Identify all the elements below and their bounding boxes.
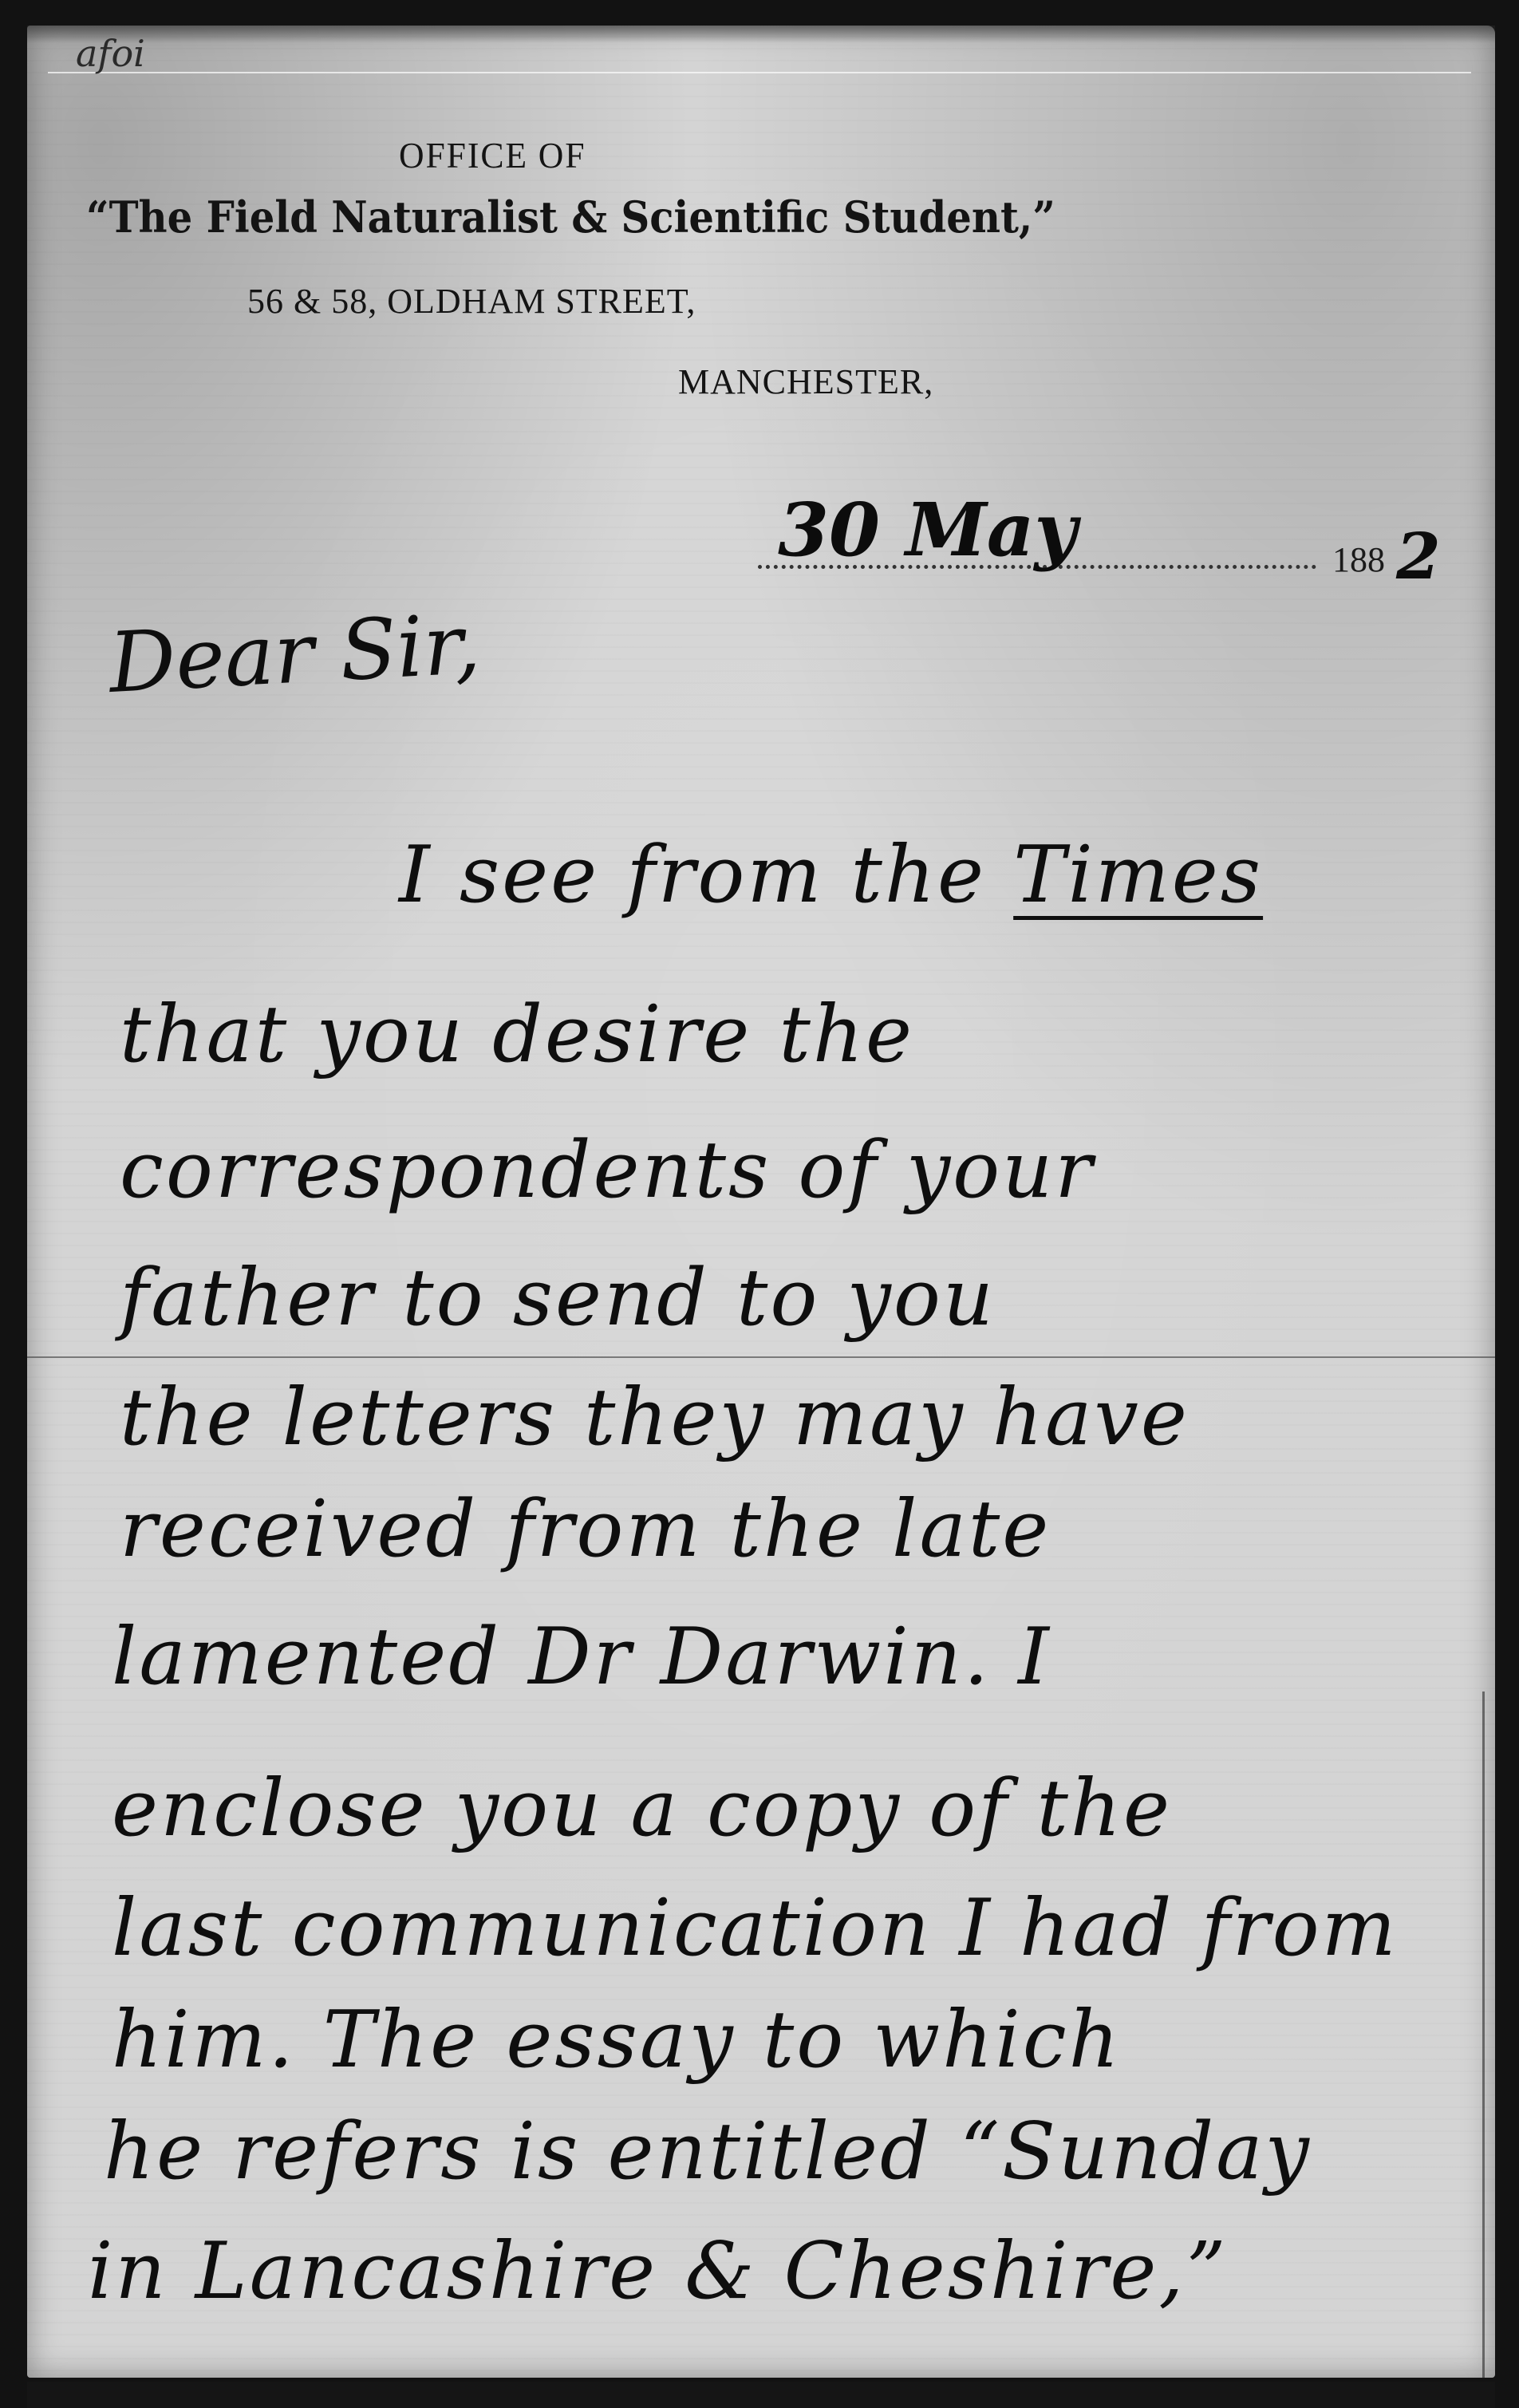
fold-line [27, 1356, 1495, 1358]
body-line-12: in Lancashire & Cheshire,” [88, 2226, 1229, 2317]
body-line-8: enclose you a copy of the [112, 1763, 1172, 1854]
letterhead-street: 56 & 58, OLDHAM STREET, [247, 281, 696, 322]
paper-top-edge-shadow [27, 26, 1495, 43]
scan-artifact-line [48, 72, 1471, 73]
letterhead-publication-title: “The Field Naturalist & Scientific Stude… [86, 191, 1055, 243]
body-line-2: that you desire the [120, 989, 914, 1080]
underlined-word-times: Times [1013, 830, 1263, 921]
letterhead-city: MANCHESTER, [678, 361, 933, 402]
date-year-printed: 188 [1332, 539, 1385, 580]
right-margin-rule [1482, 1692, 1485, 2378]
body-line-3: correspondents of your [120, 1125, 1095, 1216]
body-line-11: he refers is entitled “Sunday [104, 2106, 1312, 2197]
date-year-handwritten-digit: 2 [1396, 519, 1441, 594]
body-line-4: father to send to you [120, 1253, 996, 1344]
body-line-7: lamented Dr Darwin. I [112, 1612, 1051, 1703]
scan-bottom-edge [27, 2382, 1495, 2408]
body-line-1: I see from the Times [399, 830, 1263, 921]
body-line-9: last communication I had from [112, 1883, 1399, 1974]
date-day-month: 30 May [778, 487, 1077, 573]
letterhead-office-of: OFFICE OF [399, 134, 586, 176]
date-line: 30 May 188 2 [758, 511, 1476, 606]
body-line-5: the letters they may have [120, 1372, 1190, 1463]
body-line-1-text: I see from the [399, 830, 1013, 921]
body-line-6: received from the late [120, 1484, 1051, 1575]
body-line-10: him. The essay to which [112, 1995, 1122, 2086]
salutation: Dear Sir, [107, 595, 483, 712]
corner-annotation: afoi [76, 32, 145, 75]
